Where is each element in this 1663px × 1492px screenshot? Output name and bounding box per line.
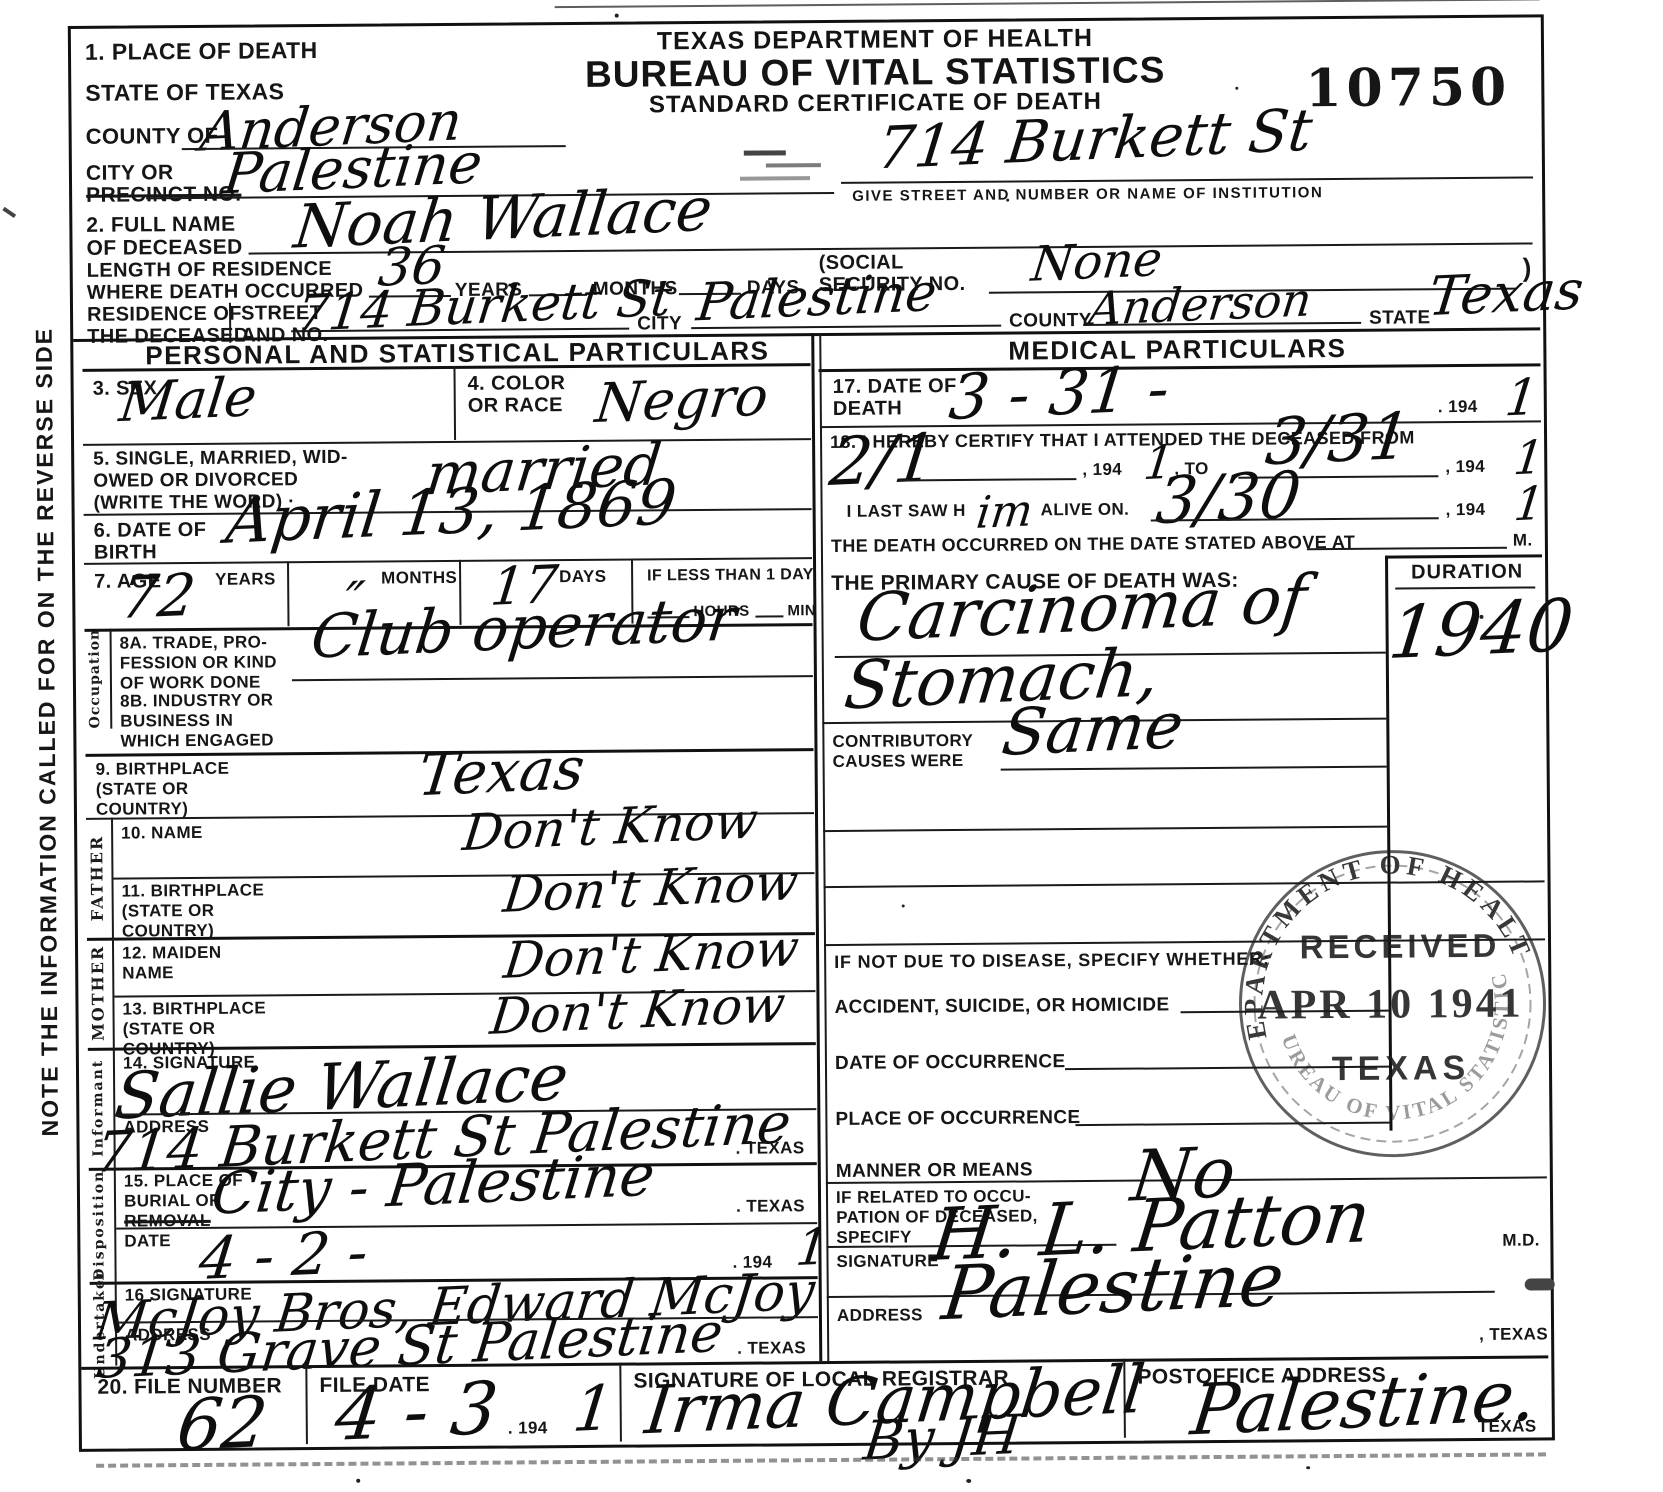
- contrib-label2: CAUSES WERE: [833, 751, 964, 772]
- scan-speck: [356, 1479, 360, 1483]
- occupation-side-text: Occupation: [87, 629, 104, 729]
- burial-date-value: 4 - 2 -: [196, 1223, 371, 1289]
- last-saw-label1: I LAST SAW H: [847, 501, 966, 522]
- residence-state-value: Texas: [1426, 263, 1586, 324]
- marital-label1: 5. SINGLE, MARRIED, WID-: [93, 448, 348, 470]
- manner-label: MANNER OR MEANS: [836, 1160, 1033, 1182]
- industry-label1: 8B. INDUSTRY OR: [120, 690, 274, 711]
- father-name-value: Don't Know: [460, 795, 760, 858]
- scan-speck: [1006, 199, 1009, 202]
- residence-city-value: Palestine: [694, 267, 939, 330]
- occurred-m-label: M.: [1513, 530, 1533, 550]
- attended-from-value: 2/1: [826, 425, 940, 496]
- precinct-label: PRECINCT NO.: [86, 183, 241, 208]
- scan-speck: [1306, 1466, 1310, 1469]
- birthplace-value: Texas: [415, 739, 587, 804]
- dod-year-value: 1: [1503, 372, 1541, 424]
- residence-state-label: STATE: [1369, 307, 1431, 329]
- last-saw-label2: ALIVE ON.: [1041, 500, 1130, 521]
- scan-speck: [1235, 87, 1238, 90]
- disposition-side-text: Disposition: [91, 1169, 108, 1280]
- father-side-label: FATHER: [81, 818, 114, 938]
- mother-bp-label1: 13. BIRTHPLACE: [122, 998, 266, 1019]
- burial-date-label: DATE: [124, 1231, 171, 1251]
- scan-speck: [1479, 615, 1483, 619]
- residence-of-label1: RESIDENCE OF: [87, 303, 242, 327]
- reverse-side-note: NOTE THE INFORMATION CALLED FOR ON THE R…: [30, 267, 64, 1197]
- not-disease-label: IF NOT DUE TO DISEASE, SPECIFY WHETHER:: [834, 949, 1270, 972]
- full-name-label1: 2. FULL NAME: [86, 213, 235, 238]
- to-year-value: 1: [1512, 434, 1547, 482]
- last-saw-year-prefix: , 194: [1446, 500, 1486, 520]
- ink-smudge: [740, 176, 810, 181]
- race-label1: 4. COLOR: [468, 372, 566, 396]
- postoffice-state: TEXAS: [1478, 1416, 1537, 1436]
- scan-speck: [902, 904, 905, 907]
- age-min-label: MIN: [787, 602, 816, 619]
- age-less-label: IF LESS THAN 1 DAY: [647, 565, 814, 586]
- from-year-prefix: , 194: [1082, 460, 1122, 480]
- contrib-value: Same: [999, 694, 1187, 766]
- dob-label2: BIRTH: [94, 541, 157, 564]
- race-value: Negro: [593, 369, 771, 431]
- dob-label1: 6. DATE OF: [94, 519, 207, 543]
- rule: [555, 0, 1540, 8]
- file-year-value: 1: [570, 1377, 617, 1441]
- disposition-side-label: Disposition: [84, 1168, 117, 1282]
- industry-label2: BUSINESS IN: [120, 711, 233, 732]
- city-or-label: CITY OR: [86, 161, 174, 186]
- race-label2: OR RACE: [468, 394, 563, 418]
- age-years-label: YEARS: [215, 569, 276, 589]
- mother-side-text: MOTHER: [88, 945, 108, 1041]
- father-name-label: 10. NAME: [121, 823, 203, 844]
- mother-bp-value: Don't Know: [488, 979, 788, 1042]
- dod-label2: DEATH: [833, 397, 903, 421]
- dod-label1: 17. DATE OF: [833, 375, 957, 399]
- stamp-received-text: RECEIVED: [1300, 927, 1501, 966]
- med-addr-label: ADDRESS: [837, 1305, 923, 1326]
- last-saw-him: im: [974, 489, 1035, 536]
- street-value: 714 Burkett St: [875, 100, 1316, 177]
- age-months-label: MONTHS: [381, 568, 457, 589]
- rule: [755, 615, 783, 617]
- file-year-prefix: . 194: [508, 1418, 548, 1438]
- occurred-label: THE DEATH OCCURRED ON THE DATE STATED AB…: [831, 532, 1356, 556]
- age-days-label: DAYS: [559, 567, 606, 587]
- scan-speck: [615, 14, 619, 18]
- to-year-prefix: , 194: [1445, 457, 1485, 477]
- file-number-value: 62: [174, 1387, 271, 1461]
- birthplace-label2: (STATE OR: [96, 779, 189, 800]
- mother-side-label: MOTHER: [82, 938, 115, 1048]
- sex-value: Male: [117, 370, 260, 430]
- burial-state: . TEXAS: [736, 1196, 805, 1217]
- date-occurrence-label: DATE OF OCCURRENCE: [835, 1052, 1066, 1074]
- burial-label2: BURIAL OR: [124, 1191, 222, 1212]
- age-years-value: 72: [118, 566, 198, 627]
- job-value: Club operator: [308, 589, 739, 668]
- father-bp-label1: 11. BIRTHPLACE: [122, 880, 265, 901]
- accident-label: ACCIDENT, SUICIDE, OR HOMICIDE: [834, 995, 1169, 1018]
- duration-label: DURATION: [1411, 561, 1523, 585]
- duration-value: 1940: [1385, 589, 1576, 669]
- birthplace-label1: 9. BIRTHPLACE: [96, 759, 230, 780]
- stamp-date-text: APR 10 1941: [1257, 981, 1524, 1029]
- contrib-label1: CONTRIBUTORY: [832, 731, 973, 752]
- industry-label3: WHICH ENGAGED: [120, 730, 274, 751]
- med-addr-state: , TEXAS: [1479, 1324, 1548, 1345]
- ink-smudge: [2, 207, 16, 218]
- certificate-number: 10750: [1305, 57, 1511, 120]
- received-stamp: DEPARTMENT OF HEALTH BUREAU OF VITAL STA…: [1209, 820, 1576, 1187]
- ink-smudge: [766, 163, 821, 167]
- file-date-value: 4 - 3: [332, 1372, 502, 1451]
- mother-name-label1: 12. MAIDEN: [122, 943, 222, 964]
- med-sig-label: SIGNATURE: [836, 1251, 939, 1272]
- scan-artifact-line: [96, 1452, 1546, 1467]
- md-label: M.D.: [1502, 1230, 1540, 1250]
- ink-smudge: [744, 150, 786, 155]
- father-bp-label2: (STATE OR: [122, 901, 215, 922]
- last-saw-year-value: 1: [1512, 480, 1547, 528]
- mother-bp-label2: (STATE OR: [123, 1019, 216, 1040]
- place-of-death-label: 1. PLACE OF DEATH: [85, 37, 318, 66]
- residence-length-label1: LENGTH OF RESIDENCE: [87, 258, 333, 283]
- last-saw-value: 3/30: [1153, 464, 1304, 535]
- ink-smudge: [1525, 1278, 1555, 1290]
- deceased-name: Noah Wallace: [291, 179, 715, 257]
- undertaker-addr-state: . TEXAS: [737, 1338, 806, 1359]
- place-occurrence-label: PLACE OF OCCURRENCE: [835, 1108, 1080, 1130]
- dob-value: April 13, 1869: [223, 471, 679, 553]
- father-side-text: FATHER: [87, 834, 107, 921]
- occupation-side-label: Occupation: [80, 629, 113, 729]
- stamp-state-text: TEXAS: [1332, 1049, 1471, 1088]
- job-label2: FESSION OR KIND: [120, 652, 277, 673]
- mother-name-label2: NAME: [122, 963, 174, 983]
- informant-addr-state: . TEXAS: [736, 1138, 805, 1159]
- job-label1: 8A. TRADE, PRO-: [120, 632, 268, 653]
- burial-place-value: City - Palestine: [209, 1146, 658, 1223]
- dod-year-prefix: . 194: [1438, 397, 1478, 417]
- death-certificate-scan: NOTE THE INFORMATION CALLED FOR ON THE R…: [0, 0, 1663, 1492]
- scan-speck: [966, 1479, 971, 1483]
- physician-address: Palestine: [939, 1242, 1288, 1331]
- dod-value: 3 - 31 -: [946, 357, 1172, 429]
- father-bp-value: Don't Know: [501, 857, 801, 920]
- residence-city-label: CITY: [637, 313, 682, 335]
- full-name-label2: OF DECEASED: [86, 236, 242, 261]
- certificate-form: NOTE THE INFORMATION CALLED FOR ON THE R…: [0, 0, 1663, 1492]
- residence-county-label: COUNTY: [1009, 310, 1092, 333]
